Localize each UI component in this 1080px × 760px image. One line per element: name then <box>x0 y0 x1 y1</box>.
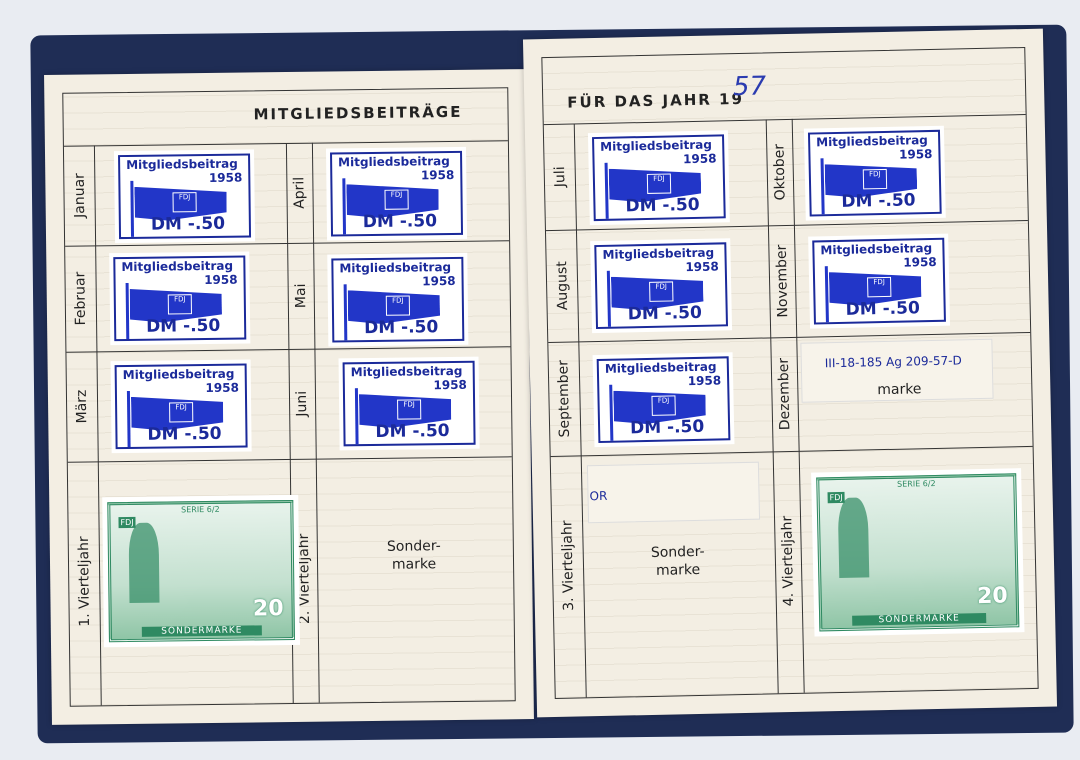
membership-stamp-oktober: Mitgliedsbeitrag1958FDJDM -.50 <box>804 126 946 221</box>
membership-stamp-januar: Mitgliedsbeitrag1958FDJDM -.50 <box>114 149 255 243</box>
month-label-september: September <box>550 341 578 456</box>
month-label-januar: Januar <box>66 145 93 245</box>
fdj-logo-icon: FDJ <box>649 281 673 301</box>
left-page: MITGLIEDSBEITRÄGE Januar Februar März 1.… <box>44 69 534 725</box>
page-title: MITGLIEDSBEITRÄGE <box>253 103 462 124</box>
fdj-logo-icon: FDJ <box>172 192 196 212</box>
membership-stamp-april: Mitgliedsbeitrag1958FDJDM -.50 <box>326 147 467 241</box>
membership-stamp-november: Mitgliedsbeitrag1958FDJDM -.50 <box>808 234 950 329</box>
quarter-label-4: 4. Vierteljahr <box>773 451 804 671</box>
tree-icon <box>838 497 870 578</box>
month-label-mai: Mai <box>287 243 314 349</box>
quarter-label-1: 1. Vierteljahr <box>70 461 99 701</box>
month-label-maerz: März <box>68 351 95 461</box>
tree-icon <box>129 523 160 603</box>
year-title: FÜR DAS JAHR 19 <box>567 90 744 112</box>
fdj-logo-icon: FDJ <box>384 190 408 210</box>
month-label-dezember: Dezember <box>770 337 798 452</box>
month-label-juli: Juli <box>546 124 574 231</box>
fdj-logo-icon: FDJ <box>386 296 410 316</box>
fdj-logo-icon: FDJ <box>647 173 671 193</box>
fdj-logo-icon: FDJ <box>168 294 192 314</box>
month-label-november: November <box>768 225 796 338</box>
right-page: FÜR DAS JAHR 19 57 Juli August September… <box>523 29 1057 718</box>
membership-stamp-september: Mitgliedsbeitrag1958FDJDM -.50 <box>593 352 735 447</box>
fdj-logo-icon: FDJ <box>397 399 421 419</box>
torn-stamp-remnant <box>587 462 760 524</box>
membership-stamp-juli: Mitgliedsbeitrag1958FDJDM -.50 <box>588 130 730 225</box>
handwritten-year: 57 <box>733 71 767 102</box>
membership-stamp-mai: Mitgliedsbeitrag1958FDJDM -.50 <box>327 253 468 347</box>
partial-text: OR <box>589 489 607 503</box>
membership-stamp-august: Mitgliedsbeitrag1958FDJDM -.50 <box>590 238 732 333</box>
fdj-logo-icon: FDJ <box>651 395 675 415</box>
print-code: III-18-185 Ag 209-57-D <box>825 353 962 370</box>
fdj-logo-icon: FDJ <box>863 169 887 189</box>
special-stamp-q1: SERIE 6/2FDJ20SONDERMARKE <box>102 495 300 647</box>
fdj-logo-icon: FDJ <box>169 402 193 422</box>
sondermarke-text: Sonder-marke <box>613 542 744 581</box>
left-grid: MITGLIEDSBEITRÄGE Januar Februar März 1.… <box>62 87 515 706</box>
membership-stamp-maerz: Mitgliedsbeitrag1958FDJDM -.50 <box>111 359 252 453</box>
month-label-juni: Juni <box>288 349 315 459</box>
special-stamp-q4: SERIE 6/2FDJ20SONDERMARKE <box>811 468 1024 636</box>
sondermarke-text: Sonder-marke <box>349 537 479 575</box>
month-label-februar: Februar <box>67 245 94 351</box>
fdj-logo-icon: FDJ <box>867 277 891 297</box>
membership-stamp-juni: Mitgliedsbeitrag1958FDJDM -.50 <box>339 357 480 451</box>
right-grid: FÜR DAS JAHR 19 57 Juli August September… <box>541 47 1038 699</box>
month-label-oktober: Oktober <box>766 119 794 226</box>
marke-text: marke <box>849 380 949 400</box>
quarter-label-3: 3. Vierteljahr <box>553 455 584 675</box>
month-label-april: April <box>286 143 313 243</box>
month-label-august: August <box>548 229 576 342</box>
membership-stamp-februar: Mitgliedsbeitrag1958FDJDM -.50 <box>109 251 250 345</box>
